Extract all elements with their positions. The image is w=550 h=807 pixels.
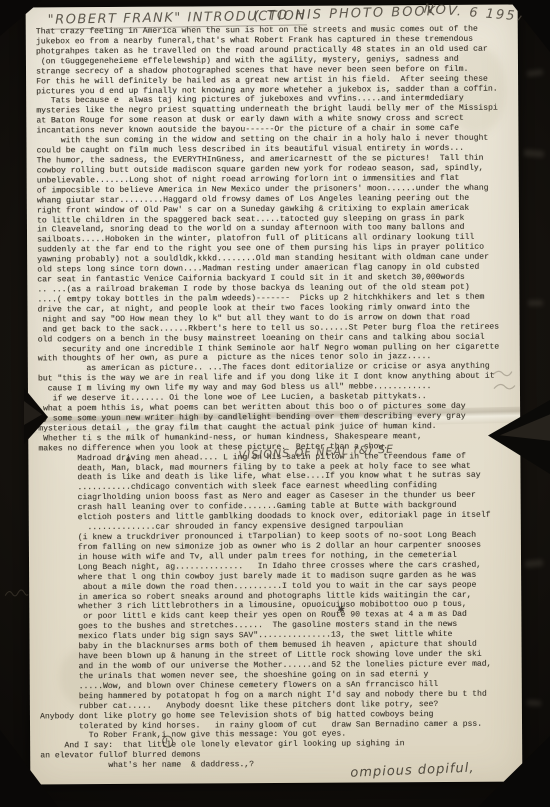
- typed-text-block: That crazy feeling in America when the s…: [36, 25, 519, 772]
- handwritten-date: NOV. 6 1957: [423, 2, 527, 25]
- handwritten-book-note: ( TO HIS PHOTO BOOK: [254, 4, 438, 24]
- ghost-smudge: [528, 300, 543, 306]
- edge-scribble: [490, 366, 524, 396]
- margin-scribble: [3, 585, 29, 601]
- ghost-smudge: [527, 700, 541, 707]
- manuscript-page: "ROBERT FRANK" INTRODUCTION ( TO HIS PHO…: [26, 5, 523, 785]
